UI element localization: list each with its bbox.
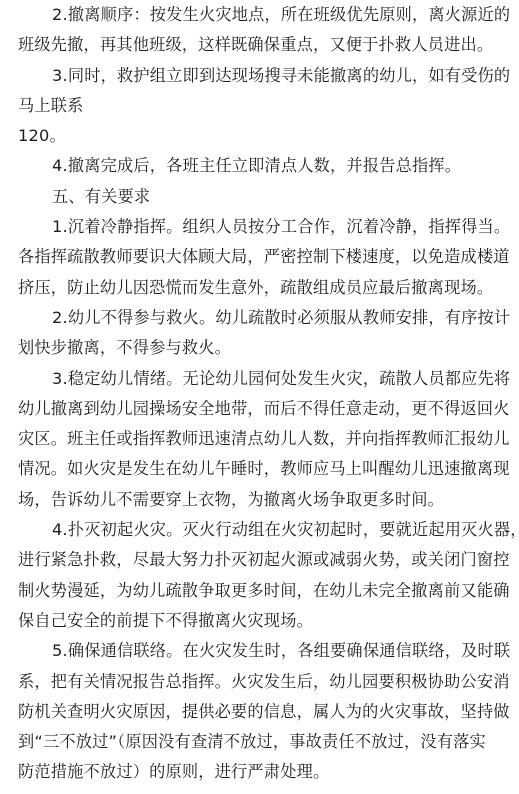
paragraph-communication-line-1: 5.确保通信联络。在火灾发生时，各组要确保通信联络，及时联 xyxy=(18,636,504,666)
paragraph-communication-line-3: 防机关查明火灾原因，提供必要的信息，属人为的火灾事故，坚持做 xyxy=(18,697,504,727)
paragraph-no-firefighting-line-2: 划快步撤离，不得参与救火。 xyxy=(18,333,504,363)
paragraph-evacuation-order-line-2: 班级先撤，再其他班级，这样既确保重点，又便于扑救人员进出。 xyxy=(18,30,504,60)
document-body: 2.撤离顺序：按发生火灾地点，所在班级优先原则，离火源近的 班级先撤，再其他班级… xyxy=(18,0,504,788)
paragraph-stabilize-emotions-line-5: 场，告诉幼儿不需要穿上衣物，为撤离火场争取更多时间。 xyxy=(18,485,504,515)
paragraph-rescue-team-line-2: 马上联系 xyxy=(18,91,504,121)
paragraph-evacuation-order-line-1: 2.撤离顺序：按发生火灾地点，所在班级优先原则，离火源近的 xyxy=(18,0,504,30)
paragraph-communication-line-5: 防范措施不放过）的原则，进行严肃处理。 xyxy=(18,757,504,787)
paragraph-extinguish-fire-line-4: 保自己安全的前提下不得撤离火灾现场。 xyxy=(18,606,504,636)
paragraph-calm-command-line-2: 各指挥疏散教师要识大体顾大局，严密控制下楼速度，以免造成楼道 xyxy=(18,242,504,272)
paragraph-extinguish-fire-line-3: 制火势漫延，为幼儿疏散争取更多时间，在幼儿未完全撤离前又能确 xyxy=(18,576,504,606)
paragraph-stabilize-emotions-line-1: 3.稳定幼儿情绪。无论幼儿园何处发生火灾，疏散人员都应先将 xyxy=(18,364,504,394)
paragraph-headcount-line-1: 4.撤离完成后，各班主任立即清点人数，并报告总指挥。 xyxy=(18,151,504,181)
paragraph-stabilize-emotions-line-3: 灾区。班主任或指挥教师迅速清点幼儿人数，并向指挥教师汇报幼儿 xyxy=(18,424,504,454)
paragraph-communication-line-2: 系，把有关情况报告总指挥。火灾发生后，幼儿园要积极协助公安消 xyxy=(18,667,504,697)
paragraph-extinguish-fire-line-1: 4.扑灭初起火灾。灭火行动组在火灾初起时，要就近起用灭火器， xyxy=(18,515,504,545)
paragraph-calm-command-line-1: 1.沉着冷静指挥。组织人员按分工合作，沉着冷静，指挥得当。 xyxy=(18,212,504,242)
paragraph-rescue-team-line-3: 120。 xyxy=(18,121,504,151)
paragraph-communication-line-4: 到“三不放过”（原因没有查清不放过，事故责任不放过，没有落实 xyxy=(18,727,504,757)
paragraph-stabilize-emotions-line-4: 情况。如火灾是发生在幼儿午睡时，教师应马上叫醒幼儿迅速撤离现 xyxy=(18,454,504,484)
paragraph-calm-command-line-3: 挤压，防止幼儿因恐慌而发生意外，疏散组成员应最后撤离现场。 xyxy=(18,273,504,303)
paragraph-no-firefighting-line-1: 2.幼儿不得参与救火。幼儿疏散时必须服从教师安排，有序按计 xyxy=(18,303,504,333)
section-heading-requirements: 五、有关要求 xyxy=(18,182,504,212)
paragraph-extinguish-fire-line-2: 进行紧急扑救，尽最大努力扑灭初起火源或减弱火势，或关闭门窗控 xyxy=(18,545,504,575)
paragraph-rescue-team-line-1: 3.同时，救护组立即到达现场搜寻未能撤离的幼儿，如有受伤的 xyxy=(18,61,504,91)
paragraph-stabilize-emotions-line-2: 幼儿撤离到幼儿园操场安全地带，而后不得任意走动，更不得返回火 xyxy=(18,394,504,424)
